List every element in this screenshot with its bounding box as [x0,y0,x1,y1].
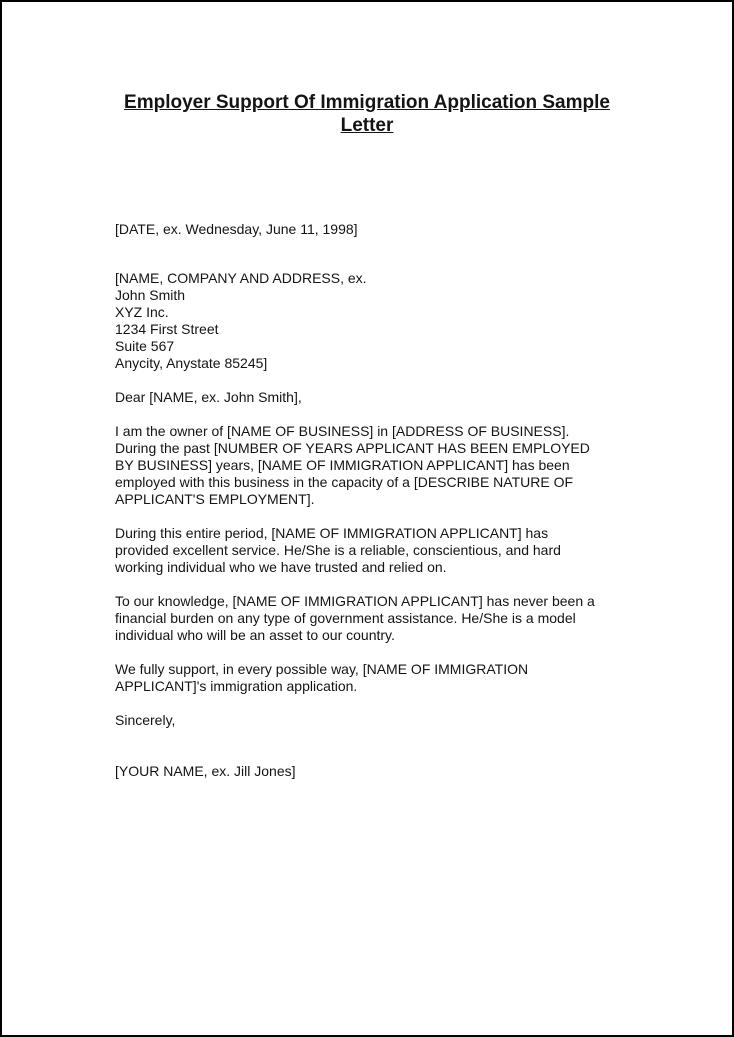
date-line: [DATE, ex. Wednesday, June 11, 1998] [115,221,637,238]
paragraph-2: During this entire period, [NAME OF IMMI… [115,525,637,576]
recipient-address-block: [NAME, COMPANY AND ADDRESS, ex. John Smi… [115,270,637,372]
letter-page: Employer Support Of Immigration Applicat… [0,0,734,1037]
paragraph-3: To our knowledge, [NAME OF IMMIGRATION A… [115,593,637,644]
closing: Sincerely, [115,712,637,729]
paragraph-1: I am the owner of [NAME OF BUSINESS] in … [115,423,637,508]
signature-line: [YOUR NAME, ex. Jill Jones] [115,763,637,780]
paragraph-4: We fully support, in every possible way,… [115,661,637,695]
letter-title: Employer Support Of Immigration Applicat… [2,91,732,137]
letter-body: [DATE, ex. Wednesday, June 11, 1998] [NA… [2,221,732,780]
salutation: Dear [NAME, ex. John Smith], [115,389,637,406]
